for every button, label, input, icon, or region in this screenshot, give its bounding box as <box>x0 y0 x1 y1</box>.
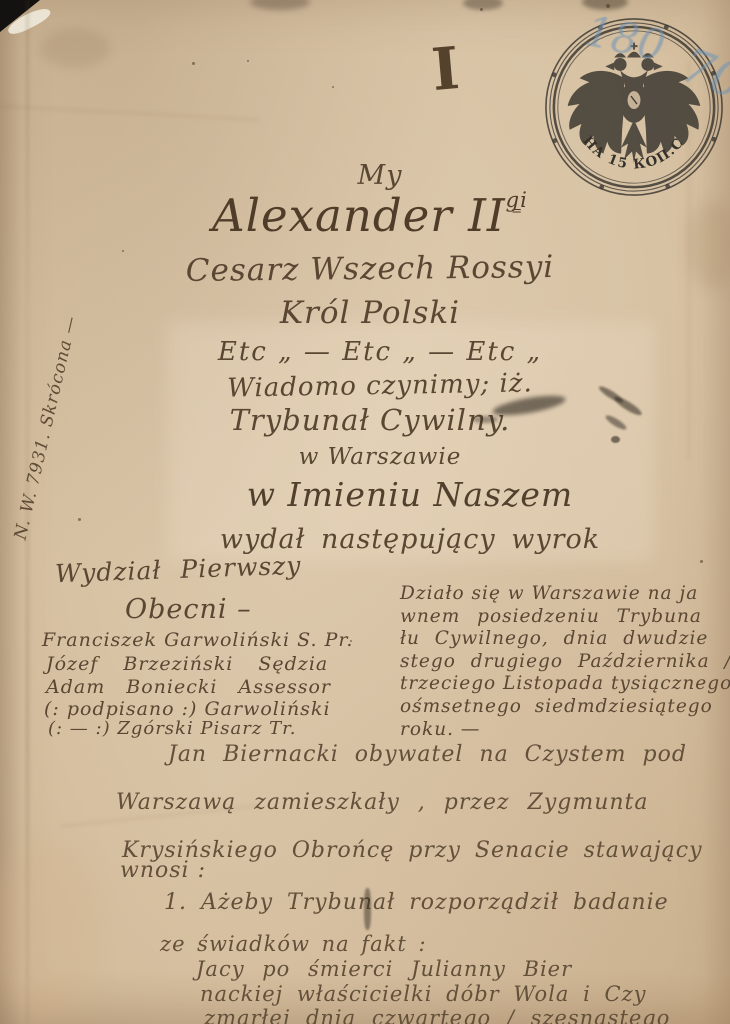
body-line: Krysińskiego Obrońcę przy Senacie stawaj… <box>122 838 703 863</box>
monarch-name: Alexander II <box>212 189 506 242</box>
heading-monarch: Alexander IIgi= <box>140 190 600 242</box>
margin-note: N. W. 7931. Skrócona — <box>7 294 87 561</box>
paper-speck <box>122 250 124 252</box>
body-line: Jan Biernacki obywatel na Czystem pod <box>168 742 687 767</box>
paper-speck <box>247 60 249 62</box>
edge-smear <box>250 0 310 10</box>
body-line: zmarłej dnia czwartego / szesnastego <box>204 1006 670 1024</box>
paper-speck <box>192 62 195 65</box>
heading-title-emperor: Cesarz Wszech Rossyi <box>140 250 600 290</box>
fold-crease <box>0 105 260 121</box>
paper-speck <box>332 86 334 88</box>
paper-stain <box>688 200 730 290</box>
session-note-line: Działo się w Warszawie na ja <box>400 583 730 606</box>
session-note-line: łu Cywilnego, dnia dwudzie <box>400 628 730 651</box>
paper-speck <box>700 560 703 563</box>
paper-speck <box>78 518 81 521</box>
ink-dot <box>611 436 620 443</box>
judge-line: Adam Boniecki Assessor <box>46 677 331 699</box>
heading-issued: wydał następujący wyrok <box>140 524 680 555</box>
paper-stain <box>0 840 100 1020</box>
heading-title-king: Król Polski <box>140 296 600 332</box>
session-note-line: stego drugiego Października / <box>400 651 730 674</box>
body-line: Warszawą zamieszkały , przez Zygmunta <box>116 790 649 815</box>
heading-we: My <box>300 160 460 191</box>
session-note: Działo się w Warszawie na ja wnem posied… <box>400 583 730 741</box>
paper-speck <box>480 8 483 11</box>
heading-city: w Warszawie <box>200 444 560 470</box>
heading-proclamation: Wiadomo czynimy; iż. <box>130 368 630 407</box>
body-line: nackiej właścicielki dóbr Wola i Czy <box>200 982 647 1006</box>
signature-line: (: — :) Zgórski Pisarz Tr. <box>48 719 296 740</box>
body-line: wnosi : <box>120 858 206 883</box>
page-number-mark: I <box>429 35 463 104</box>
paper-stain <box>40 28 110 68</box>
heading-etc: Etc „ — Etc „ — Etc „ <box>140 338 620 368</box>
body-line: ze świadków na fakt : <box>160 932 427 956</box>
monarch-ordinal-suffix: gi= <box>506 192 528 217</box>
session-note-line: trzeciego Listopada tysiącznego <box>400 673 730 696</box>
judge-line: Franciszek Garwoliński S. Pr. <box>42 630 353 652</box>
paper-speck <box>606 4 610 8</box>
body-line: 1. Ażeby Trybunał rozporządził badanie <box>164 890 669 915</box>
edge-smear <box>463 0 503 10</box>
heading-court: Trybunał Cywilny. <box>130 404 610 437</box>
judge-line: Józef Brzeziński Sędzia <box>46 654 328 676</box>
session-note-line: ośmsetnego siedmdziesiątego <box>400 696 730 719</box>
manuscript-page: ЦѢНА 15 КОП.СЕР. 180 70 I N. W. 7931. Sk… <box>0 0 730 1024</box>
session-note-line: roku. — <box>400 719 730 742</box>
heading-in-our-name: w Imieniu Naszem <box>150 476 670 514</box>
body-line: Jacy po śmierci Julianny Bier <box>196 957 572 981</box>
session-note-line: wnem posiedzeniu Trybuna <box>400 606 730 629</box>
division-title: Wydział Pierwszy <box>55 552 302 589</box>
present-label: Obecni – <box>125 594 252 625</box>
